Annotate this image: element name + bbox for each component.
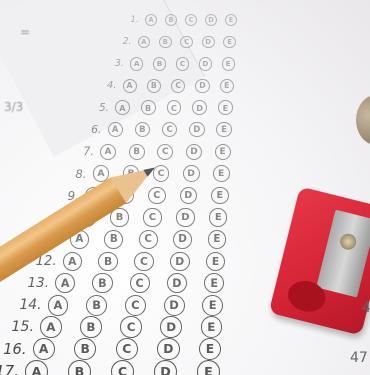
answer-bubble-c[interactable]: C — [176, 57, 189, 70]
question-number: 2. — [102, 36, 132, 47]
answer-bubble-c[interactable]: C — [162, 122, 177, 137]
answer-bubble-d[interactable]: D — [167, 273, 187, 293]
answer-bubble-e[interactable]: E — [206, 252, 226, 272]
answer-bubble-e[interactable]: E — [202, 295, 223, 316]
answer-bubble-b[interactable]: B — [92, 273, 112, 293]
answer-row: 1.ABCDE — [109, 14, 245, 26]
answer-bubble-d[interactable]: D — [180, 187, 198, 205]
answer-bubble-a[interactable]: A — [25, 360, 48, 375]
answer-bubble-c[interactable]: C — [143, 208, 161, 226]
answer-bubble-e[interactable]: E — [201, 316, 223, 338]
photo-scene: 3/3 = 1.ABCDE2.ABCDE3.ABCDE4.ABCDE5.ABCD… — [0, 0, 370, 375]
answer-bubble-d[interactable]: D — [192, 100, 207, 115]
answer-bubble-d[interactable]: D — [173, 230, 192, 249]
answer-bubble-c[interactable]: C — [171, 79, 185, 93]
answer-bubble-e[interactable]: E — [220, 79, 234, 93]
answer-bubble-c[interactable]: C — [139, 230, 158, 249]
answer-bubble-a[interactable]: A — [63, 252, 83, 272]
answer-row: 15.ABCDE — [4, 316, 241, 338]
answer-bubble-d[interactable]: D — [183, 165, 200, 182]
answer-bubble-a[interactable]: A — [123, 79, 137, 93]
answer-bubble-e[interactable]: E — [216, 122, 231, 137]
answer-bubble-b[interactable]: B — [147, 79, 161, 93]
side-question-number: 47 — [350, 350, 368, 366]
answer-bubble-b[interactable]: B — [104, 230, 123, 249]
answer-bubble-d[interactable]: D — [195, 79, 209, 93]
answer-bubble-e[interactable]: E — [209, 208, 227, 226]
answer-bubble-c[interactable]: C — [130, 273, 150, 293]
answer-row: 12.ABCDE — [27, 252, 242, 272]
answer-bubble-b[interactable]: B — [80, 316, 102, 338]
answer-bubble-d[interactable]: D — [154, 360, 177, 375]
answer-bubble-b[interactable]: B — [135, 122, 150, 137]
question-number: 7. — [64, 145, 94, 158]
answer-bubble-c[interactable]: C — [116, 338, 138, 360]
answer-bubble-b[interactable]: B — [153, 57, 166, 70]
answer-bubble-c[interactable]: C — [167, 100, 182, 115]
answer-bubble-e[interactable]: E — [222, 57, 235, 70]
question-number: 4. — [87, 80, 117, 91]
answer-bubble-a[interactable]: A — [108, 122, 123, 137]
answer-row: 14.ABCDE — [12, 295, 241, 316]
answer-bubble-b[interactable]: B — [98, 252, 118, 272]
answer-bubble-b[interactable]: B — [159, 36, 172, 49]
answer-bubble-b[interactable]: B — [165, 14, 177, 26]
answer-bubble-e[interactable]: E — [225, 14, 237, 26]
answer-bubble-b[interactable]: B — [141, 100, 156, 115]
answer-bubble-c[interactable]: C — [125, 295, 146, 316]
answer-bubble-a[interactable]: A — [145, 14, 157, 26]
question-number: 17. — [0, 362, 19, 375]
answer-bubble-a[interactable]: A — [115, 100, 130, 115]
answer-bubble-a[interactable]: A — [40, 316, 62, 338]
answer-row: 17.ABCDE — [0, 360, 240, 375]
answer-bubble-d[interactable]: D — [176, 208, 194, 226]
answer-bubble-a[interactable]: A — [55, 273, 75, 293]
answer-bubble-e[interactable]: E — [211, 187, 229, 205]
answer-bubble-d[interactable]: D — [189, 122, 204, 137]
answer-bubble-b[interactable]: B — [74, 338, 96, 360]
answer-row: 3.ABCDE — [94, 57, 244, 70]
answer-bubble-d[interactable]: D — [205, 14, 217, 26]
question-number: 5. — [79, 102, 109, 114]
answer-bubble-e[interactable]: E — [223, 36, 236, 49]
answer-bubble-d[interactable]: D — [170, 252, 190, 272]
answer-bubble-d[interactable]: D — [164, 295, 185, 316]
answer-bubble-b[interactable]: B — [68, 360, 91, 375]
answer-bubble-e[interactable]: E — [215, 144, 231, 160]
answer-bubble-a[interactable]: A — [100, 144, 116, 160]
answer-bubble-d[interactable]: D — [199, 57, 212, 70]
answer-row: 16.ABCDE — [0, 338, 240, 360]
answer-bubble-e[interactable]: E — [213, 165, 230, 182]
answer-row: 2.ABCDE — [102, 36, 245, 49]
answer-bubble-e[interactable]: E — [208, 230, 227, 249]
answer-bubble-a[interactable]: A — [48, 295, 69, 316]
answer-bubble-c[interactable]: C — [134, 252, 154, 272]
answer-bubble-d[interactable]: D — [186, 144, 202, 160]
answer-row: 4.ABCDE — [87, 79, 245, 93]
answer-bubble-a[interactable]: A — [33, 338, 55, 360]
side-question-number: 46 — [362, 300, 370, 316]
answer-bubble-d[interactable]: D — [157, 338, 179, 360]
answer-bubble-a[interactable]: A — [130, 57, 143, 70]
answer-bubble-e[interactable]: E — [218, 100, 233, 115]
question-number: 15. — [4, 319, 34, 335]
answer-bubble-c[interactable]: C — [111, 360, 134, 375]
answer-bubble-b[interactable]: B — [86, 295, 107, 316]
question-number: 6. — [72, 123, 102, 136]
question-number: 3. — [94, 58, 124, 69]
answer-bubble-c[interactable]: C — [148, 187, 166, 205]
sharpener-blade — [316, 210, 370, 298]
answer-bubble-c[interactable]: C — [120, 316, 142, 338]
question-number: 16. — [0, 341, 27, 358]
question-number: 8. — [57, 167, 87, 181]
answer-bubble-a[interactable]: A — [138, 36, 151, 49]
answer-bubble-e[interactable]: E — [199, 338, 221, 360]
answer-row: 13.ABCDE — [19, 273, 241, 293]
answer-bubble-d[interactable]: D — [160, 316, 182, 338]
answer-bubble-d[interactable]: D — [202, 36, 215, 49]
answer-row: 5.ABCDE — [79, 100, 244, 115]
question-number: 14. — [12, 297, 42, 313]
answer-bubble-e[interactable]: E — [204, 273, 224, 293]
answer-bubble-e[interactable]: E — [197, 360, 220, 375]
answer-row: 6.ABCDE — [72, 122, 244, 137]
question-number: 13. — [19, 275, 49, 291]
answer-bubble-c[interactable]: C — [180, 36, 193, 49]
answer-bubble-c[interactable]: C — [185, 14, 197, 26]
question-number: 1. — [109, 15, 139, 25]
